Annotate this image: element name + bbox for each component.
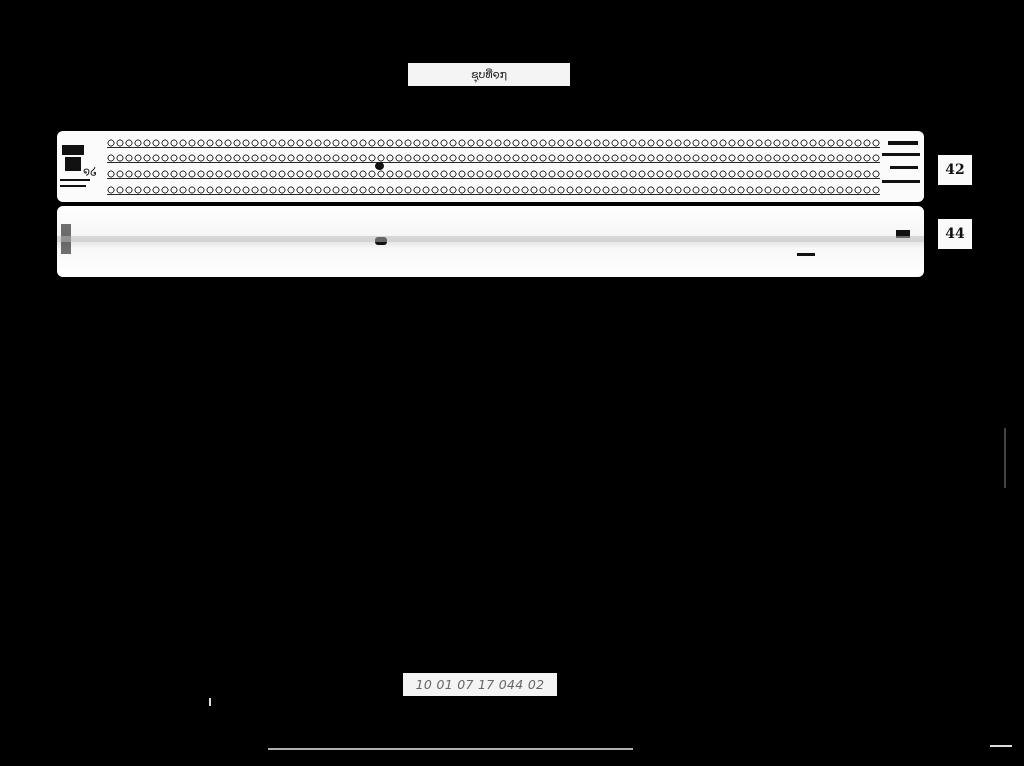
page-number: 44 xyxy=(945,226,964,242)
leaf-crease xyxy=(57,236,924,242)
scan-edge-line xyxy=(268,748,633,750)
margin-rule xyxy=(882,180,920,183)
title-label: ຊຸບທີ່໑໗ xyxy=(408,63,570,86)
scan-artifact xyxy=(1004,428,1006,488)
script-line-2 xyxy=(107,152,880,164)
page-number: 42 xyxy=(945,162,964,178)
title-label-text: ຊຸບທີ່໑໗ xyxy=(471,68,507,81)
margin-ornament xyxy=(65,157,81,171)
script-line-3 xyxy=(107,168,880,180)
scan-artifact xyxy=(990,745,1012,747)
page-number-tag: 42 xyxy=(938,155,972,185)
margin-rule xyxy=(60,185,86,187)
page-number-tag: 44 xyxy=(938,219,972,249)
speck xyxy=(797,253,815,256)
margin-rule xyxy=(60,179,90,181)
palm-leaf-blank xyxy=(57,206,924,277)
archive-id-label: 10 01 07 17 044 02 xyxy=(403,673,557,696)
binding-hole xyxy=(375,162,384,170)
script-line-4 xyxy=(107,184,880,196)
scan-artifact xyxy=(209,698,211,706)
archive-id-text: 10 01 07 17 044 02 xyxy=(416,677,545,692)
margin-ornament xyxy=(62,145,84,155)
palm-leaf-inscribed: ໑໒ xyxy=(57,131,924,202)
margin-rule xyxy=(882,153,920,156)
script-line-1 xyxy=(107,137,880,149)
margin-rule xyxy=(888,141,918,145)
leaf-folio-mark: ໑໒ xyxy=(83,165,97,178)
margin-rule xyxy=(890,166,918,169)
